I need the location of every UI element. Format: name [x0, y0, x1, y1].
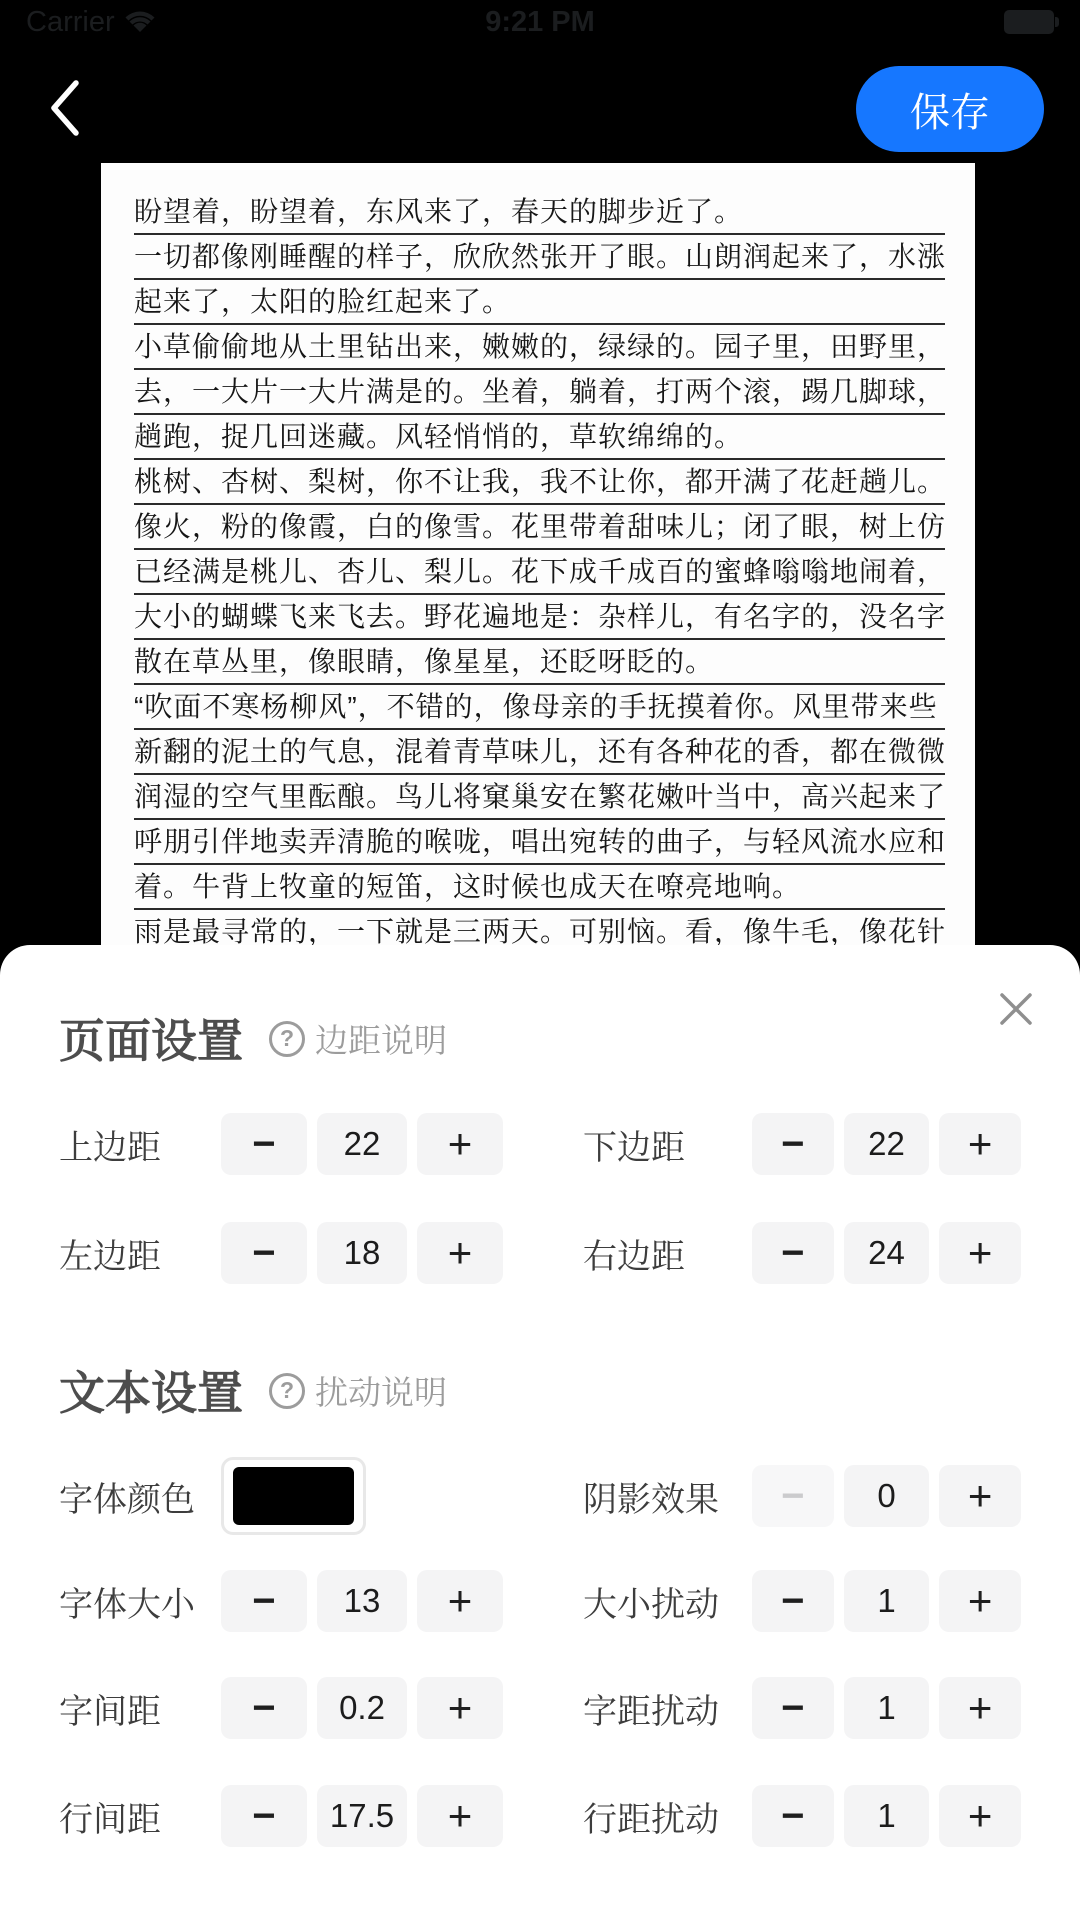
- font-size-decrease-button[interactable]: −: [221, 1570, 307, 1632]
- font-color-label: 字体颜色: [59, 1472, 221, 1521]
- letter-spacing-label: 字间距: [59, 1684, 221, 1733]
- line-spacing-decrease-button[interactable]: −: [221, 1785, 307, 1847]
- jitter-help-link[interactable]: ? 扰动说明: [269, 1367, 447, 1419]
- shadow-label: 阴影效果: [583, 1472, 752, 1521]
- document-line: 新翻的泥土的气息，混着青草味儿，还有各种花的香，都在微微: [134, 730, 945, 775]
- document-line: “吹面不寒杨柳风”，不错的，像母亲的手抚摸着你。风里带来些: [134, 685, 945, 730]
- status-bar: Carrier 9:21 PM: [0, 0, 1080, 44]
- font-size-stepper: − 13 +: [221, 1570, 503, 1632]
- line-spacing-increase-button[interactable]: +: [417, 1785, 503, 1847]
- bottom-margin-value: 22: [844, 1113, 930, 1175]
- jitter-help-label: 扰动说明: [315, 1367, 447, 1414]
- document-line: 盼望着，盼望着，东风来了，春天的脚步近了。: [134, 190, 945, 235]
- question-circle-icon: ?: [269, 1373, 305, 1409]
- row-linespacing-linejitter: 行间距 − 17.5 + 行距扰动 − 1 +: [59, 1785, 1021, 1847]
- close-button[interactable]: [994, 987, 1038, 1031]
- document-line: 散在草丛里，像眼睛，像星星，还眨呀眨的。: [134, 640, 945, 685]
- line-spacing-label: 行间距: [59, 1792, 221, 1841]
- right-margin-label: 右边距: [583, 1229, 752, 1278]
- bottom-margin-label: 下边距: [583, 1120, 752, 1169]
- bottom-margin-decrease-button[interactable]: −: [752, 1113, 834, 1175]
- font-size-value: 13: [317, 1570, 407, 1632]
- document-line: 像火，粉的像霞，白的像雪。花里带着甜味儿；闭了眼，树上仿佛: [134, 505, 945, 550]
- left-margin-decrease-button[interactable]: −: [221, 1222, 307, 1284]
- document-line: 去，一大片一大片满是的。坐着，躺着，打两个滚，踢几脚球，赛几: [134, 370, 945, 415]
- row-letterspacing-letterjitter: 字间距 − 0.2 + 字距扰动 − 1 +: [59, 1677, 1021, 1739]
- page-settings-title: 页面设置: [59, 1015, 243, 1067]
- back-button[interactable]: [44, 78, 84, 140]
- document-line: 小草偷偷地从土里钻出来，嫩嫩的，绿绿的。园子里，田野里，瞧: [134, 325, 945, 370]
- chevron-left-icon: [47, 125, 81, 140]
- right-margin-increase-button[interactable]: +: [939, 1222, 1021, 1284]
- size-jitter-value: 1: [844, 1570, 930, 1632]
- left-margin-value: 18: [317, 1222, 407, 1284]
- letter-jitter-increase-button[interactable]: +: [939, 1677, 1021, 1739]
- left-margin-label: 左边距: [59, 1229, 221, 1278]
- document-line: 呼朋引伴地卖弄清脆的喉咙，唱出宛转的曲子，与轻风流水应和: [134, 820, 945, 865]
- letter-jitter-value: 1: [844, 1677, 930, 1739]
- font-color-picker[interactable]: [221, 1457, 366, 1535]
- left-margin-stepper: − 18 +: [221, 1222, 503, 1284]
- text-settings-header: 文本设置 ? 扰动说明: [59, 1367, 1021, 1419]
- margin-row-left-right: 左边距 − 18 + 右边距 − 24 +: [59, 1222, 1021, 1284]
- shadow-stepper: − 0 +: [752, 1465, 1021, 1527]
- size-jitter-increase-button[interactable]: +: [939, 1570, 1021, 1632]
- close-icon: [994, 1019, 1038, 1034]
- font-size-increase-button[interactable]: +: [417, 1570, 503, 1632]
- shadow-value: 0: [844, 1465, 930, 1527]
- settings-sheet: 页面设置 ? 边距说明 上边距 − 22 + 下边距 − 22 + 左边距 −: [0, 945, 1080, 1920]
- line-jitter-stepper: − 1 +: [752, 1785, 1021, 1847]
- letter-jitter-decrease-button[interactable]: −: [752, 1677, 834, 1739]
- line-jitter-increase-button[interactable]: +: [939, 1785, 1021, 1847]
- status-time: 9:21 PM: [0, 6, 1080, 39]
- size-jitter-label: 大小扰动: [583, 1577, 752, 1626]
- document-line: 趟跑，捉几回迷藏。风轻悄悄的，草软绵绵的。: [134, 415, 945, 460]
- letter-spacing-increase-button[interactable]: +: [417, 1677, 503, 1739]
- shadow-increase-button[interactable]: +: [939, 1465, 1021, 1527]
- right-margin-value: 24: [844, 1222, 930, 1284]
- font-color-swatch: [233, 1467, 354, 1525]
- shadow-decrease-button[interactable]: −: [752, 1465, 834, 1527]
- top-margin-label: 上边距: [59, 1120, 221, 1169]
- size-jitter-stepper: − 1 +: [752, 1570, 1021, 1632]
- top-margin-increase-button[interactable]: +: [417, 1113, 503, 1175]
- question-circle-icon: ?: [269, 1021, 305, 1057]
- document-line: 起来了，太阳的脸红起来了。: [134, 280, 945, 325]
- app-screen: Carrier 9:21 PM 保存 盼望着，盼望着，东风来了，春天的脚步近了。…: [0, 0, 1080, 1920]
- letter-jitter-stepper: − 1 +: [752, 1677, 1021, 1739]
- row-fontsize-sizejitter: 字体大小 − 13 + 大小扰动 − 1 +: [59, 1570, 1021, 1632]
- document-preview[interactable]: 盼望着，盼望着，东风来了，春天的脚步近了。一切都像刚睡醒的样子，欣欣然张开了眼。…: [101, 163, 975, 963]
- margin-help-link[interactable]: ? 边距说明: [269, 1015, 447, 1067]
- document-line: 润湿的空气里酝酿。鸟儿将窠巢安在繁花嫩叶当中，高兴起来了，: [134, 775, 945, 820]
- top-margin-decrease-button[interactable]: −: [221, 1113, 307, 1175]
- document-line: 桃树、杏树、梨树，你不让我，我不让你，都开满了花赶趟儿。红的: [134, 460, 945, 505]
- document-line: 一切都像刚睡醒的样子，欣欣然张开了眼。山朗润起来了，水涨: [134, 235, 945, 280]
- right-margin-stepper: − 24 +: [752, 1222, 1021, 1284]
- letter-jitter-label: 字距扰动: [583, 1684, 752, 1733]
- letter-spacing-value: 0.2: [317, 1677, 407, 1739]
- right-margin-decrease-button[interactable]: −: [752, 1222, 834, 1284]
- line-spacing-value: 17.5: [317, 1785, 407, 1847]
- save-button[interactable]: 保存: [856, 66, 1044, 152]
- bottom-margin-increase-button[interactable]: +: [939, 1113, 1021, 1175]
- battery-icon: [1004, 10, 1054, 34]
- left-margin-increase-button[interactable]: +: [417, 1222, 503, 1284]
- page-settings-header: 页面设置 ? 边距说明: [59, 1015, 1021, 1067]
- document-line: 大小的蝴蝶飞来飞去。野花遍地是：杂样儿，有名字的，没名字的，: [134, 595, 945, 640]
- letter-spacing-decrease-button[interactable]: −: [221, 1677, 307, 1739]
- line-jitter-value: 1: [844, 1785, 930, 1847]
- document-line: 着。牛背上牧童的短笛，这时候也成天在嘹亮地响。: [134, 865, 945, 910]
- letter-spacing-stepper: − 0.2 +: [221, 1677, 503, 1739]
- top-margin-value: 22: [317, 1113, 407, 1175]
- row-color-shadow: 字体颜色 阴影效果 − 0 +: [59, 1457, 1021, 1535]
- size-jitter-decrease-button[interactable]: −: [752, 1570, 834, 1632]
- document-lines: 盼望着，盼望着，东风来了，春天的脚步近了。一切都像刚睡醒的样子，欣欣然张开了眼。…: [101, 163, 975, 955]
- document-line: 已经满是桃儿、杏儿、梨儿。花下成千成百的蜜蜂嗡嗡地闹着，: [134, 550, 945, 595]
- line-jitter-label: 行距扰动: [583, 1792, 752, 1841]
- font-size-label: 字体大小: [59, 1577, 221, 1626]
- bottom-margin-stepper: − 22 +: [752, 1113, 1021, 1175]
- top-margin-stepper: − 22 +: [221, 1113, 503, 1175]
- text-settings-title: 文本设置: [59, 1367, 243, 1419]
- line-spacing-stepper: − 17.5 +: [221, 1785, 503, 1847]
- line-jitter-decrease-button[interactable]: −: [752, 1785, 834, 1847]
- margin-row-top-bottom: 上边距 − 22 + 下边距 − 22 +: [59, 1113, 1021, 1175]
- margin-help-label: 边距说明: [315, 1015, 447, 1062]
